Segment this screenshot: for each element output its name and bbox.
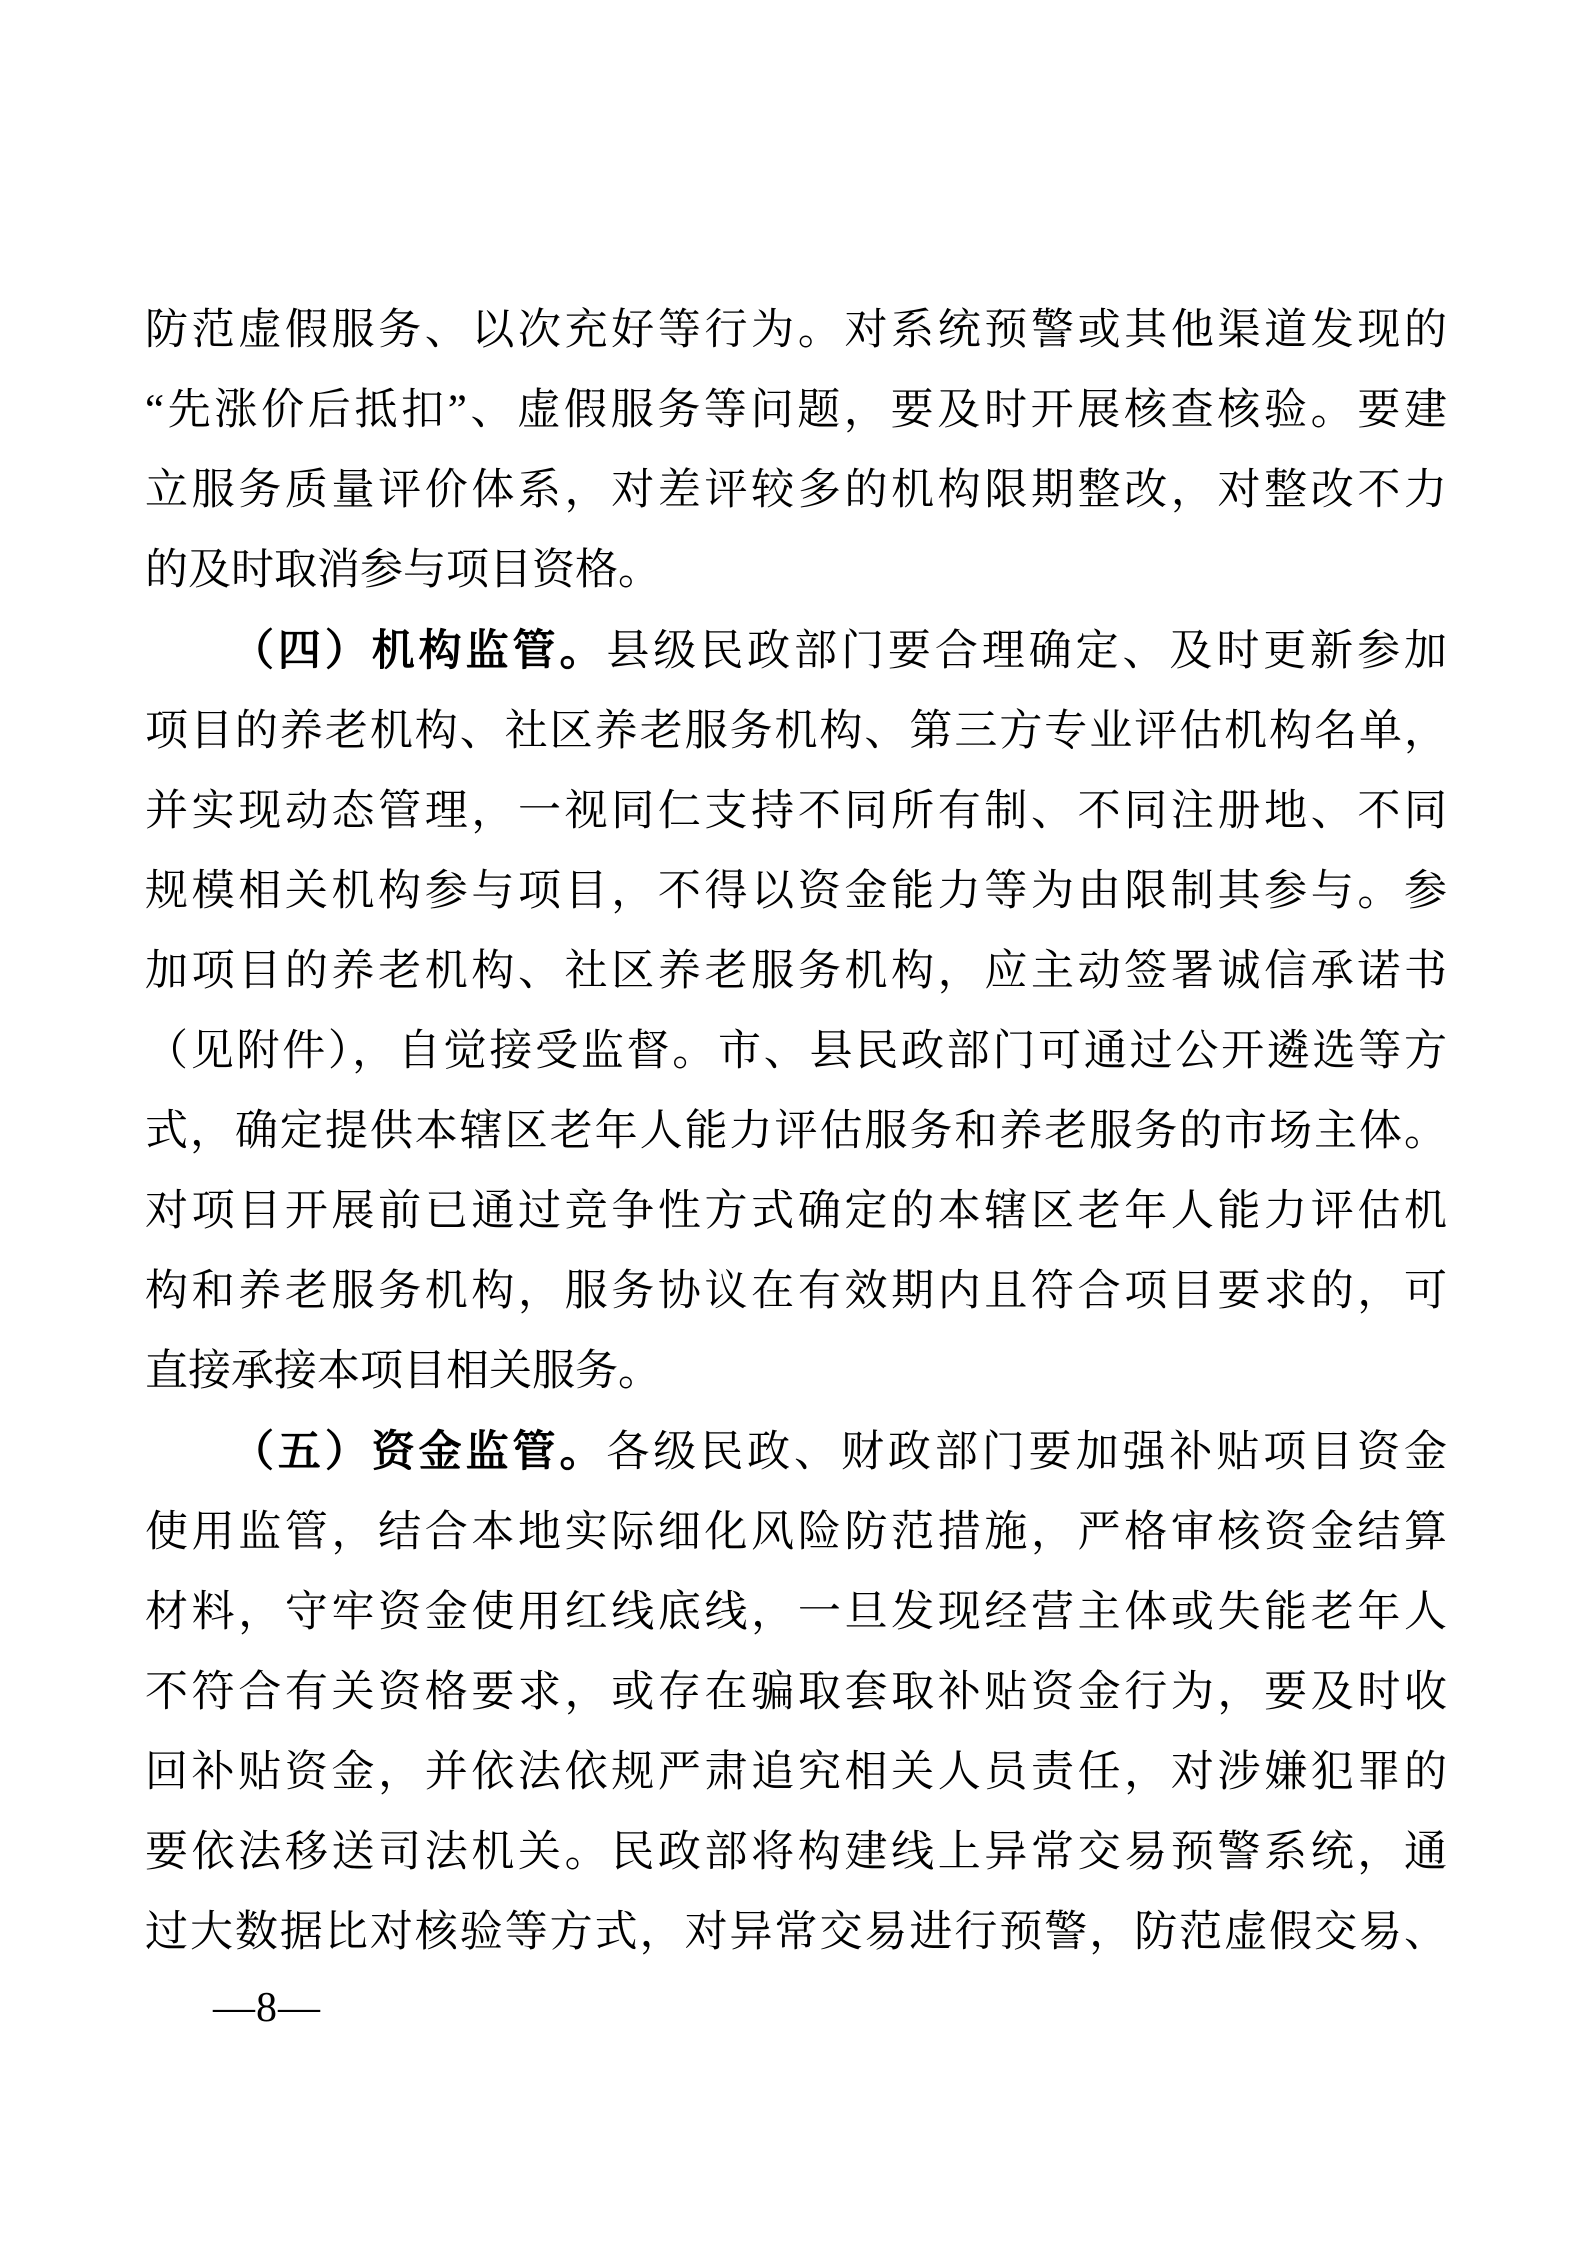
body-text: 规模相关机构参与项目，不得以资金能力等为由限制其参与。参: [145, 868, 1447, 915]
text-line: 回补贴资金，并依法依规严肃追究相关人员责任，对涉嫌犯罪的: [145, 1733, 1447, 1813]
text-line: 构和养老服务机构，服务协议在有效期内且符合项目要求的，可: [145, 1252, 1447, 1332]
body-text: 材料，守牢资金使用红线底线，一旦发现经营主体或失能老年人: [145, 1589, 1447, 1636]
text-line: 项目的养老机构、社区养老服务机构、第三方专业评估机构名单，: [145, 692, 1447, 772]
body-text: 式，确定提供本辖区老年人能力评估服务和养老服务的市场主体。: [145, 1108, 1447, 1155]
page-number: —8—: [213, 1983, 321, 2033]
body-text: 的及时取消参与项目资格。: [145, 547, 661, 594]
body-text: 回补贴资金，并依法依规严肃追究相关人员责任，对涉嫌犯罪的: [145, 1749, 1447, 1796]
body-text: 要依法移送司法机关。民政部将构建线上异常交易预警系统，通: [145, 1829, 1447, 1876]
text-block: 防范虚假服务、以次充好等行为。对系统预警或其他渠道发现的“先涨价后抵扣”、虚假服…: [145, 291, 1447, 1973]
text-line: 不符合有关资格要求，或存在骗取套取补贴资金行为，要及时收: [145, 1653, 1447, 1733]
body-text: 过大数据比对核验等方式，对异常交易进行预警，防范虚假交易、: [145, 1909, 1447, 1956]
text-line: 并实现动态管理，一视同仁支持不同所有制、不同注册地、不同: [145, 772, 1447, 852]
text-line: 立服务质量评价体系，对差评较多的机构限期整改，对整改不力: [145, 451, 1447, 531]
document-page: 防范虚假服务、以次充好等行为。对系统预警或其他渠道发现的“先涨价后抵扣”、虚假服…: [0, 0, 1588, 2245]
body-text: 对项目开展前已通过竞争性方式确定的本辖区老年人能力评估机: [145, 1188, 1447, 1235]
text-line: 防范虚假服务、以次充好等行为。对系统预警或其他渠道发现的: [145, 291, 1447, 371]
body-text: 立服务质量评价体系，对差评较多的机构限期整改，对整改不力: [145, 467, 1447, 514]
text-line: 使用监管，结合本地实际细化风险防范措施，严格审核资金结算: [145, 1493, 1447, 1573]
text-line: 要依法移送司法机关。民政部将构建线上异常交易预警系统，通: [145, 1813, 1447, 1893]
body-text: 项目的养老机构、社区养老服务机构、第三方专业评估机构名单，: [145, 708, 1447, 755]
text-line: 式，确定提供本辖区老年人能力评估服务和养老服务的市场主体。: [145, 1092, 1447, 1172]
text-line: 对项目开展前已通过竞争性方式确定的本辖区老年人能力评估机: [145, 1172, 1447, 1252]
body-text: 不符合有关资格要求，或存在骗取套取补贴资金行为，要及时收: [145, 1669, 1447, 1716]
section-heading: （四）机构监管。: [231, 627, 606, 675]
body-text: 使用监管，结合本地实际细化风险防范措施，严格审核资金结算: [145, 1509, 1447, 1556]
body-text: 各级民政、财政部门要加强补贴项目资金: [606, 1429, 1447, 1476]
text-line: 规模相关机构参与项目，不得以资金能力等为由限制其参与。参: [145, 852, 1447, 932]
body-text: 防范虚假服务、以次充好等行为。对系统预警或其他渠道发现的: [145, 307, 1447, 354]
text-line: 加项目的养老机构、社区养老服务机构，应主动签署诚信承诺书: [145, 932, 1447, 1012]
body-text: “先涨价后抵扣”、虚假服务等问题，要及时开展核查核验。要建: [145, 387, 1447, 434]
text-line: （五）资金监管。各级民政、财政部门要加强补贴项目资金: [145, 1412, 1447, 1493]
text-line: 材料，守牢资金使用红线底线，一旦发现经营主体或失能老年人: [145, 1573, 1447, 1653]
section-heading: （五）资金监管。: [231, 1428, 606, 1476]
text-line: （四）机构监管。县级民政部门要合理确定、及时更新参加: [145, 611, 1447, 692]
body-text: 构和养老服务机构，服务协议在有效期内且符合项目要求的，可: [145, 1268, 1447, 1315]
body-text: 县级民政部门要合理确定、及时更新参加: [606, 628, 1447, 675]
body-text: 并实现动态管理，一视同仁支持不同所有制、不同注册地、不同: [145, 788, 1447, 835]
body-text: （见附件），自觉接受监督。市、县民政部门可通过公开遴选等方: [145, 1028, 1447, 1075]
text-line: 过大数据比对核验等方式，对异常交易进行预警，防范虚假交易、: [145, 1893, 1447, 1973]
text-line: “先涨价后抵扣”、虚假服务等问题，要及时开展核查核验。要建: [145, 371, 1447, 451]
body-text: 加项目的养老机构、社区养老服务机构，应主动签署诚信承诺书: [145, 948, 1447, 995]
text-line: （见附件），自觉接受监督。市、县民政部门可通过公开遴选等方: [145, 1012, 1447, 1092]
text-line: 的及时取消参与项目资格。: [145, 531, 1447, 611]
body-text: 直接承接本项目相关服务。: [145, 1348, 661, 1395]
text-line: 直接承接本项目相关服务。: [145, 1332, 1447, 1412]
